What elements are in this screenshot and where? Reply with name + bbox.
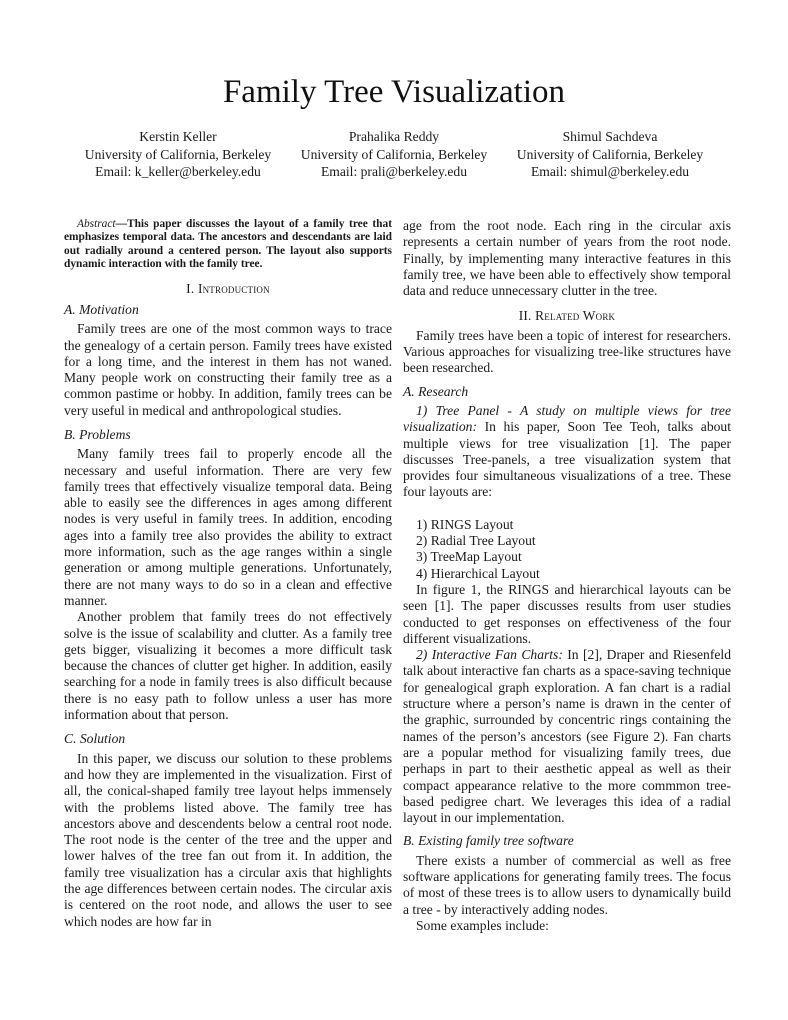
author-1: Kerstin Keller University of California,… [72,128,284,181]
author-2: Prahalika Reddy University of California… [288,128,500,181]
section-title: Related Work [535,308,615,323]
list-item: 3) TreeMap Layout [416,549,731,565]
section-number: I. [186,281,194,296]
tree-panel-paragraph: 1) Tree Panel - A study on multiple view… [403,403,731,501]
author-block: Kerstin Keller University of California,… [72,128,716,181]
section-number: II. [519,308,532,323]
problems-paragraph-1: Many family trees fail to properly encod… [64,446,392,609]
examples-paragraph: Some examples include: [403,918,731,934]
author-affiliation: University of California, Berkeley [504,146,716,164]
section-heading-introduction: I. Introduction [64,281,392,297]
layouts-list: 1) RINGS Layout 2) Radial Tree Layout 3)… [403,517,731,582]
author-affiliation: University of California, Berkeley [72,146,284,164]
author-name: Prahalika Reddy [288,128,500,146]
subsection-heading-problems: B. Problems [64,427,392,443]
fan-charts-text: In [2], Draper and Riesenfeld talk about… [403,647,731,825]
right-column: age from the root node. Each ring in the… [403,218,731,934]
subsection-heading-existing-software: B. Existing family tree software [403,833,731,849]
left-column: Abstract—This paper discusses the layout… [64,218,392,930]
subsection-heading-research: A. Research [403,384,731,400]
author-email: Email: k_keller@berkeley.edu [72,163,284,181]
fan-charts-paragraph: 2) Interactive Fan Charts: In [2], Drape… [403,647,731,826]
author-3: Shimul Sachdeva University of California… [504,128,716,181]
subsection-heading-solution: C. Solution [64,731,392,747]
problems-paragraph-2: Another problem that family trees do not… [64,609,392,723]
list-item: 4) Hierarchical Layout [416,566,731,582]
figure-reference-paragraph: In figure 1, the RINGS and hierarchical … [403,582,731,647]
solution-paragraph: In this paper, we discuss our solution t… [64,751,392,930]
abstract-lead: Abstract [77,218,116,230]
section-heading-related-work: II. Related Work [403,308,731,324]
list-item: 2) Radial Tree Layout [416,533,731,549]
author-email: Email: prali@berkeley.edu [288,163,500,181]
author-name: Kerstin Keller [72,128,284,146]
motivation-paragraph: Family trees are one of the most common … [64,321,392,419]
solution-paragraph-continued: age from the root node. Each ring in the… [403,218,731,299]
paper-title: Family Tree Visualization [0,72,788,112]
section-title: Introduction [198,281,270,296]
author-email: Email: shimul@berkeley.edu [504,163,716,181]
list-item: 1) RINGS Layout [416,517,731,533]
author-name: Shimul Sachdeva [504,128,716,146]
fan-charts-lead: 2) Interactive Fan Charts: [416,647,563,662]
subsection-heading-motivation: A. Motivation [64,302,392,318]
related-work-intro: Family trees have been a topic of intere… [403,328,731,377]
existing-software-paragraph: There exists a number of commercial as w… [403,853,731,918]
author-affiliation: University of California, Berkeley [288,146,500,164]
abstract: Abstract—This paper discusses the layout… [64,218,392,272]
